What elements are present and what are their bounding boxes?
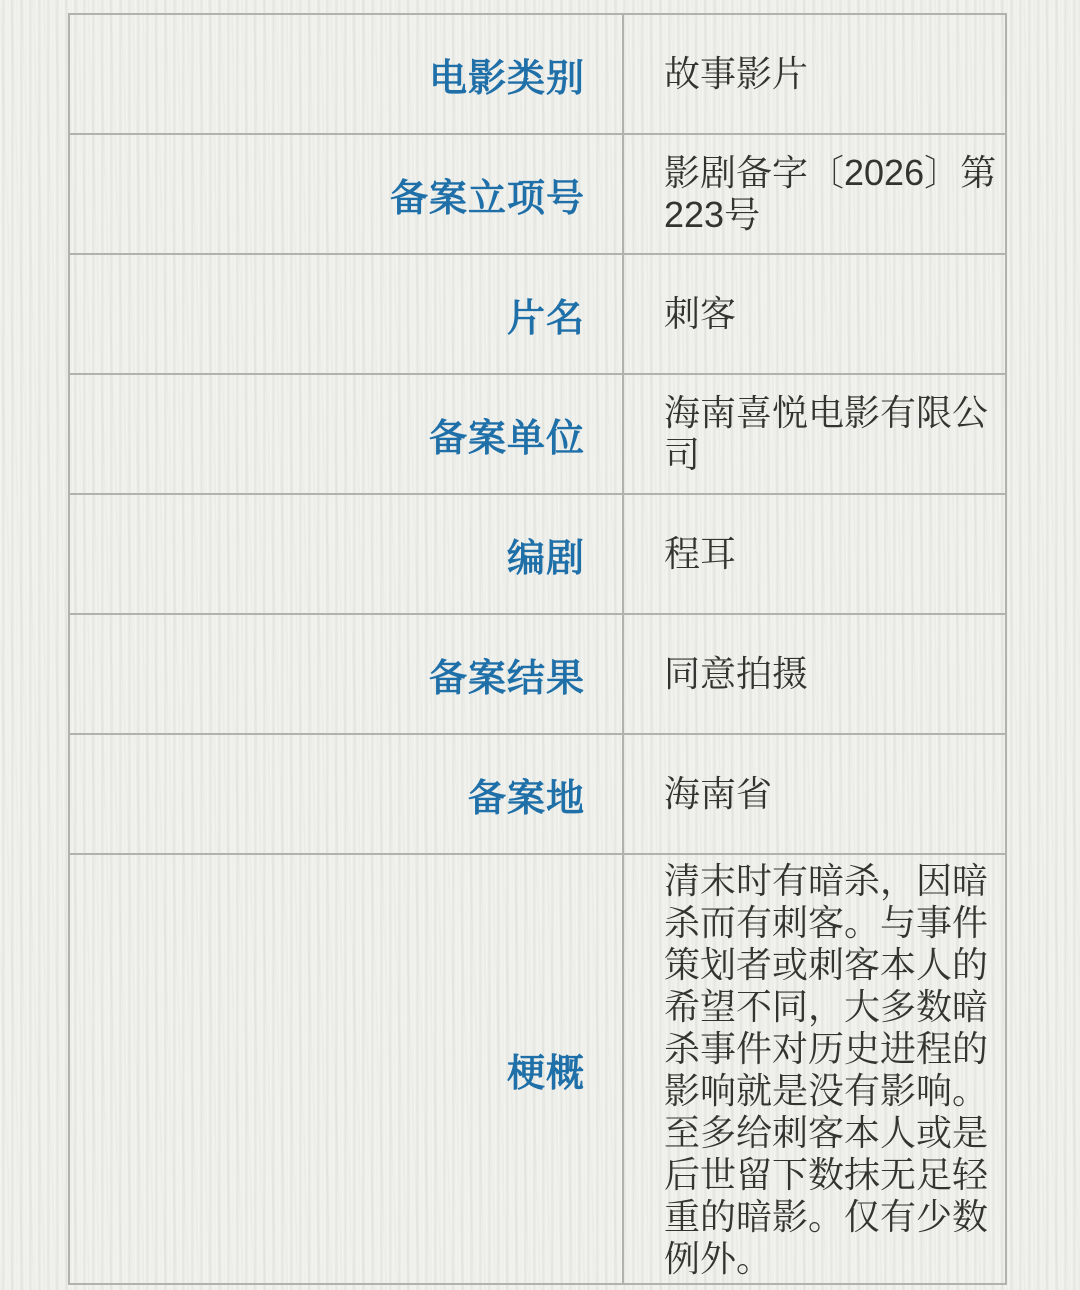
value-filing-number: 影剧备字〔2026〕第223号 [623, 134, 1006, 254]
value-screenwriter: 程耳 [623, 494, 1006, 614]
label-film-title: 片名 [69, 254, 623, 374]
value-filing-location: 海南省 [623, 734, 1006, 854]
film-record-table: 电影类别 故事影片 备案立项号 影剧备字〔2026〕第223号 片名 刺客 备案… [68, 13, 1007, 1285]
label-filing-number: 备案立项号 [69, 134, 623, 254]
value-film-title: 刺客 [623, 254, 1006, 374]
label-screenwriter: 编剧 [69, 494, 623, 614]
value-synopsis: 清末时有暗杀，因暗杀而有刺客。与事件策划者或刺客本人的希望不同，大多数暗杀事件对… [623, 854, 1006, 1284]
row-film-title: 片名 刺客 [69, 254, 1006, 374]
label-filing-unit: 备案单位 [69, 374, 623, 494]
label-filing-location: 备案地 [69, 734, 623, 854]
row-filing-result: 备案结果 同意拍摄 [69, 614, 1006, 734]
label-synopsis: 梗概 [69, 854, 623, 1284]
label-filing-result: 备案结果 [69, 614, 623, 734]
value-film-category: 故事影片 [623, 14, 1006, 134]
row-screenwriter: 编剧 程耳 [69, 494, 1006, 614]
row-synopsis: 梗概 清末时有暗杀，因暗杀而有刺客。与事件策划者或刺客本人的希望不同，大多数暗杀… [69, 854, 1006, 1284]
row-film-category: 电影类别 故事影片 [69, 14, 1006, 134]
row-filing-number: 备案立项号 影剧备字〔2026〕第223号 [69, 134, 1006, 254]
label-film-category: 电影类别 [69, 14, 623, 134]
value-filing-unit: 海南喜悦电影有限公司 [623, 374, 1006, 494]
value-filing-result: 同意拍摄 [623, 614, 1006, 734]
row-filing-location: 备案地 海南省 [69, 734, 1006, 854]
row-filing-unit: 备案单位 海南喜悦电影有限公司 [69, 374, 1006, 494]
